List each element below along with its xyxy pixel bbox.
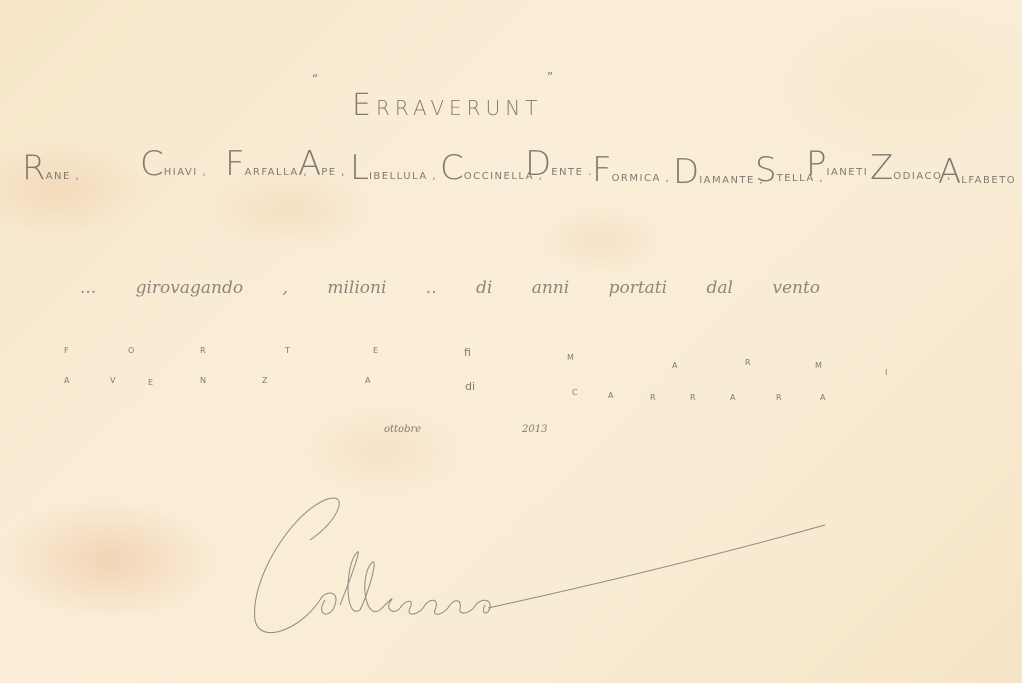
title-rest: RRAVERUNT	[376, 96, 542, 120]
word-pianeti: PIANETI ,	[806, 144, 878, 184]
signature: Collesano	[230, 480, 830, 650]
title-open-quote: “	[312, 72, 318, 86]
title-close-quote: ”	[547, 70, 553, 84]
word-rane: RANE ,	[22, 148, 80, 188]
word-diamante: DIAMANTE ,	[673, 152, 764, 192]
date-year: 2013	[522, 424, 547, 435]
word-dente: DENTE .	[525, 144, 593, 184]
word-alfabeto: ALFABETO	[938, 152, 1016, 192]
title-initial: E	[352, 88, 376, 123]
word-libellula: LIBELLULA ,	[350, 148, 437, 188]
word-farfalla: FARFALLA ,	[225, 144, 308, 184]
document-title: ERRAVERUNT	[352, 88, 542, 123]
word-formica: FORMICA ,	[592, 150, 670, 190]
date-month: ottobre	[384, 424, 421, 435]
word-chiavi: CHIAVI ,	[140, 144, 207, 184]
word-list: RANE , CHIAVI , FARFALLA , APE , LIBELLU…	[0, 140, 1022, 210]
handwritten-phrase: ... girovagando , milioni .. di anni por…	[80, 278, 820, 298]
word-ape: APE ,	[298, 144, 346, 184]
